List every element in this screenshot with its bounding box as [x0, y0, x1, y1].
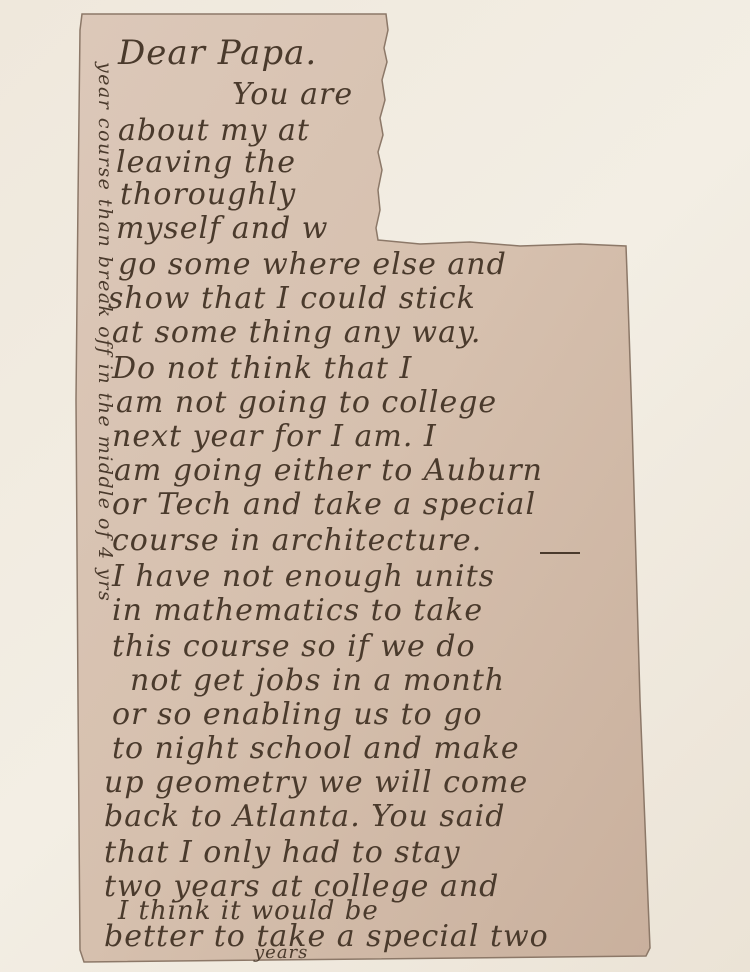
letter-line: go some where else and [118, 250, 507, 280]
letter-line: years [254, 944, 308, 962]
letter-line: next year for I am. I [112, 422, 437, 452]
letter-line: leaving the [116, 148, 296, 178]
letter-line: up geometry we will come [104, 768, 528, 798]
letter-line: about my at [118, 116, 310, 146]
letter-line: course in architecture. [112, 526, 482, 556]
letter-line: better to take a special two [104, 922, 549, 952]
letter-line: am going either to Auburn [114, 456, 543, 486]
letter-line: or so enabling us to go [112, 700, 483, 730]
letter-line: this course so if we do [112, 632, 476, 662]
letter-line: that I only had to stay [104, 838, 461, 868]
letter-line: at some thing any way. [112, 318, 481, 348]
margin-note: year course than break off in the middle… [94, 62, 116, 952]
letter-line: not get jobs in a month [130, 666, 505, 696]
letter-line: am not going to college [116, 388, 497, 418]
letter-line: back to Atlanta. You said [104, 802, 505, 832]
letter-sheet: Dear Papa. You are about my at leaving t… [0, 0, 750, 972]
letter-line: myself and w [116, 214, 328, 244]
underline-mark [540, 552, 580, 554]
letter-line: I have not enough units [112, 562, 495, 592]
letter-line: You are [232, 80, 353, 110]
letter-line: thoroughly [120, 180, 296, 210]
letter-line: or Tech and take a special [112, 490, 536, 520]
letter-line: in mathematics to take [112, 596, 483, 626]
salutation: Dear Papa. [118, 36, 317, 70]
letter-line: to night school and make [112, 734, 520, 764]
letter-line: show that I could stick [108, 284, 476, 314]
letter-line: Do not think that I [112, 354, 412, 384]
